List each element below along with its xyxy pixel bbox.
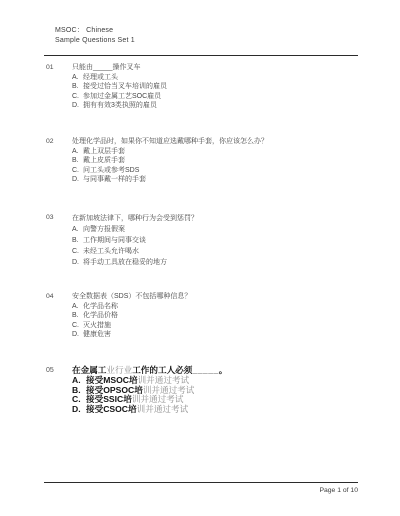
option-text: 将手动工具放在稳妥的地方 [83,257,167,268]
question-04: 04 安全数据表（SDS）不包括哪种信息？ A. 化学品名称 B. 化学品价格 … [46,292,191,340]
option-row: D. 健康危害 [72,330,191,340]
option-row: A. 经理或工头 [72,73,167,83]
footer-rule [44,482,358,483]
option-label: D. [72,405,86,415]
option-label: A. [72,302,83,312]
option-text: 向警方报假案 [83,224,125,235]
option-row: D. 拥有有效3类执照的雇员 [72,101,167,111]
option-row: C. 灭火措施 [72,321,191,331]
option-text: 健康危害 [83,330,111,340]
option-text: 接受CSOC培训并通过考试 [86,405,188,415]
question-stem: 在新加坡法律下，哪种行为会受到惩罚？ [72,213,198,224]
question-01: 01 只能由_____操作叉车 A. 经理或工头 B. 接受过恰当叉车培训的雇员… [46,63,167,111]
document-page: MSOC： Chinese Sample Questions Set 1 01 … [0,0,400,516]
option-label: B. [72,82,83,92]
option-text: 问工头或参考SDS [83,166,139,176]
question-number: 02 [46,137,72,145]
option-text: 工作期间与同事交谈 [83,235,146,246]
question-number: 05 [46,366,72,374]
header-title-line1: MSOC： Chinese [55,26,135,36]
option-label: D. [72,101,83,111]
option-label: C. [72,321,83,331]
question-stem: 处理化学品时，如果你不知道应选戴哪种手套，你应该怎么办？ [72,137,268,147]
option-row: B. 工作期间与同事交谈 [72,235,198,246]
option-text: 灭火措施 [83,321,111,331]
option-text: 化学品价格 [83,311,118,321]
option-row: C. 未经工头允许喝水 [72,246,198,257]
question-stem: 安全数据表（SDS）不包括哪种信息？ [72,292,191,302]
question-number: 03 [46,213,72,221]
option-row: B. 接受过恰当叉车培训的雇员 [72,82,167,92]
question-stem: 只能由_____操作叉车 [72,63,167,73]
option-text: 戴上双层手套 [83,147,125,157]
option-text: 接受过恰当叉车培训的雇员 [83,82,167,92]
option-label: C. [72,166,83,176]
option-text: 戴上皮质手套 [83,156,125,166]
stem-segment: 在金属工 [72,365,106,375]
option-row: A. 戴上双层手套 [72,147,268,157]
question-number: 01 [46,63,72,71]
document-header: MSOC： Chinese Sample Questions Set 1 [55,26,135,45]
option-row: B. 戴上皮质手套 [72,156,268,166]
option-row: C. 参加过金属工艺SOC雇员 [72,92,167,102]
option-row: A. 化学品名称 [72,302,191,312]
option-text: 化学品名称 [83,302,118,312]
option-label: D. [72,175,83,185]
option-label: B. [72,311,83,321]
option-label: B. [72,235,83,246]
option-text: 与同事戴一样的手套 [83,175,146,185]
question-03: 03 在新加坡法律下，哪种行为会受到惩罚？ A. 向警方报假案 B. 工作期间与… [46,213,198,268]
option-row: A. 向警方报假案 [72,224,198,235]
option-row: D. 将手动工具放在稳妥的地方 [72,257,198,268]
option-label: B. [72,156,83,166]
question-05: 05 在金属工业行业工作的工人必须_____。 A. 接受MSOC培训并通过考试… [46,366,227,415]
stem-segment: 业行业 [106,365,132,375]
option-label: A. [72,224,83,235]
option-row: D. 与同事戴一样的手套 [72,175,268,185]
header-rule [44,55,358,56]
option-text: 未经工头允许喝水 [83,246,139,257]
stem-blank: _____ [192,365,218,375]
option-text: 参加过金属工艺SOC雇员 [83,92,161,102]
question-number: 04 [46,292,72,300]
option-label: C. [72,246,83,257]
option-label: D. [72,257,83,268]
header-title-line2: Sample Questions Set 1 [55,36,135,46]
question-02: 02 处理化学品时，如果你不知道应选戴哪种手套，你应该怎么办？ A. 戴上双层手… [46,137,268,185]
page-number: Page 1 of 10 [319,487,358,494]
option-label: C. [72,92,83,102]
option-label: A. [72,73,83,83]
option-label: A. [72,147,83,157]
option-text: 经理或工头 [83,73,118,83]
option-row: B. 化学品价格 [72,311,191,321]
option-row: C. 问工头或参考SDS [72,166,268,176]
stem-segment: 工作的工人必须 [132,365,192,375]
option-text: 拥有有效3类执照的雇员 [83,101,157,111]
stem-segment: 。 [219,365,228,375]
option-label: D. [72,330,83,340]
option-row: D. 接受CSOC培训并通过考试 [72,405,227,415]
